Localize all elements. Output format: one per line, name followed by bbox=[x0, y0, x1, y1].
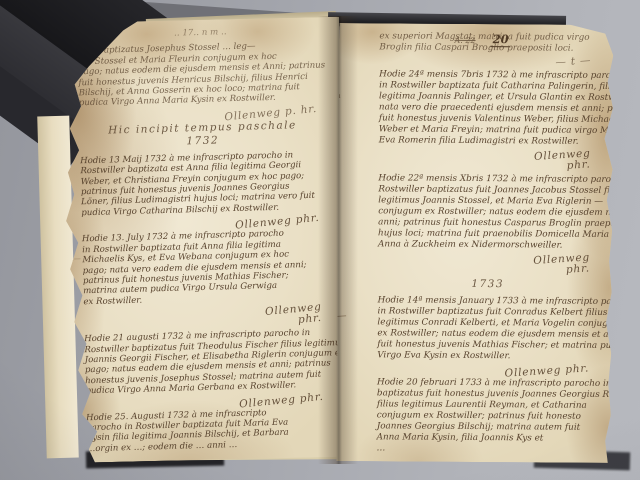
register-entry: Hodie 14ª mensis January 1733 à me infra… bbox=[377, 295, 598, 374]
left-page-text: ‥ 17‥ n m ‥…es baptizatus Josephus Stoss… bbox=[77, 25, 333, 459]
register-entry: 1733 bbox=[378, 277, 598, 292]
photo-background: ‥ 17‥ n m ‥…es baptizatus Josephus Stoss… bbox=[0, 0, 640, 480]
right-page: A. 22 20 ex superiori Magstat; matrina f… bbox=[336, 23, 613, 463]
register-entry: …es baptizatus Josephus Stossel … leg—…i… bbox=[78, 41, 326, 120]
register-entry: Hodie 20 februari 1733 à me infrascripto… bbox=[377, 377, 598, 456]
left-page: ‥ 17‥ n m ‥…es baptizatus Josephus Stoss… bbox=[47, 17, 349, 464]
manuscript-line: Broglin filia Caspari Broglio praepositi… bbox=[379, 42, 599, 55]
right-page-text: ex superiori Magstat; matrina fuit pudic… bbox=[376, 31, 599, 461]
register-entry: Hic incipit tempus paschale1732 bbox=[79, 119, 326, 151]
manuscript-line: Eva Romerin filia Ludimagistri ex Rostwi… bbox=[379, 135, 599, 148]
manuscript-line: Virgo Eva Kysin ex Rostwiller. bbox=[377, 350, 597, 363]
register-entry: Hodie 13 Maij 1732 à me infrascripto par… bbox=[80, 150, 328, 229]
register-entry: Hodie 25. Augusti 1732 à me infrascripto… bbox=[86, 407, 333, 454]
manuscript-line: … bbox=[377, 443, 597, 456]
register-entry: ex superiori Magstat; matrina fuit pudic… bbox=[379, 31, 599, 66]
manuscript-line: 1733 bbox=[378, 277, 598, 292]
register-entry: Hodie 24ª mensis 7bris 1732 à me infrasc… bbox=[379, 69, 600, 170]
register-entry: Hodie 21 augusti 1732 à me infrascripto … bbox=[84, 328, 332, 407]
register-entry: Hodie 13. July 1732 à me infrascripto pa… bbox=[82, 228, 330, 328]
manuscript-line: Anna Maria Kysin, filia Joannis Kys et bbox=[377, 432, 597, 445]
register-entry: Hodie 22ª mensis Xbris 1732 à me infrasc… bbox=[378, 173, 599, 274]
manuscript-line: Anna à Zuckheim ex Nidermorschweiller. bbox=[378, 239, 598, 252]
